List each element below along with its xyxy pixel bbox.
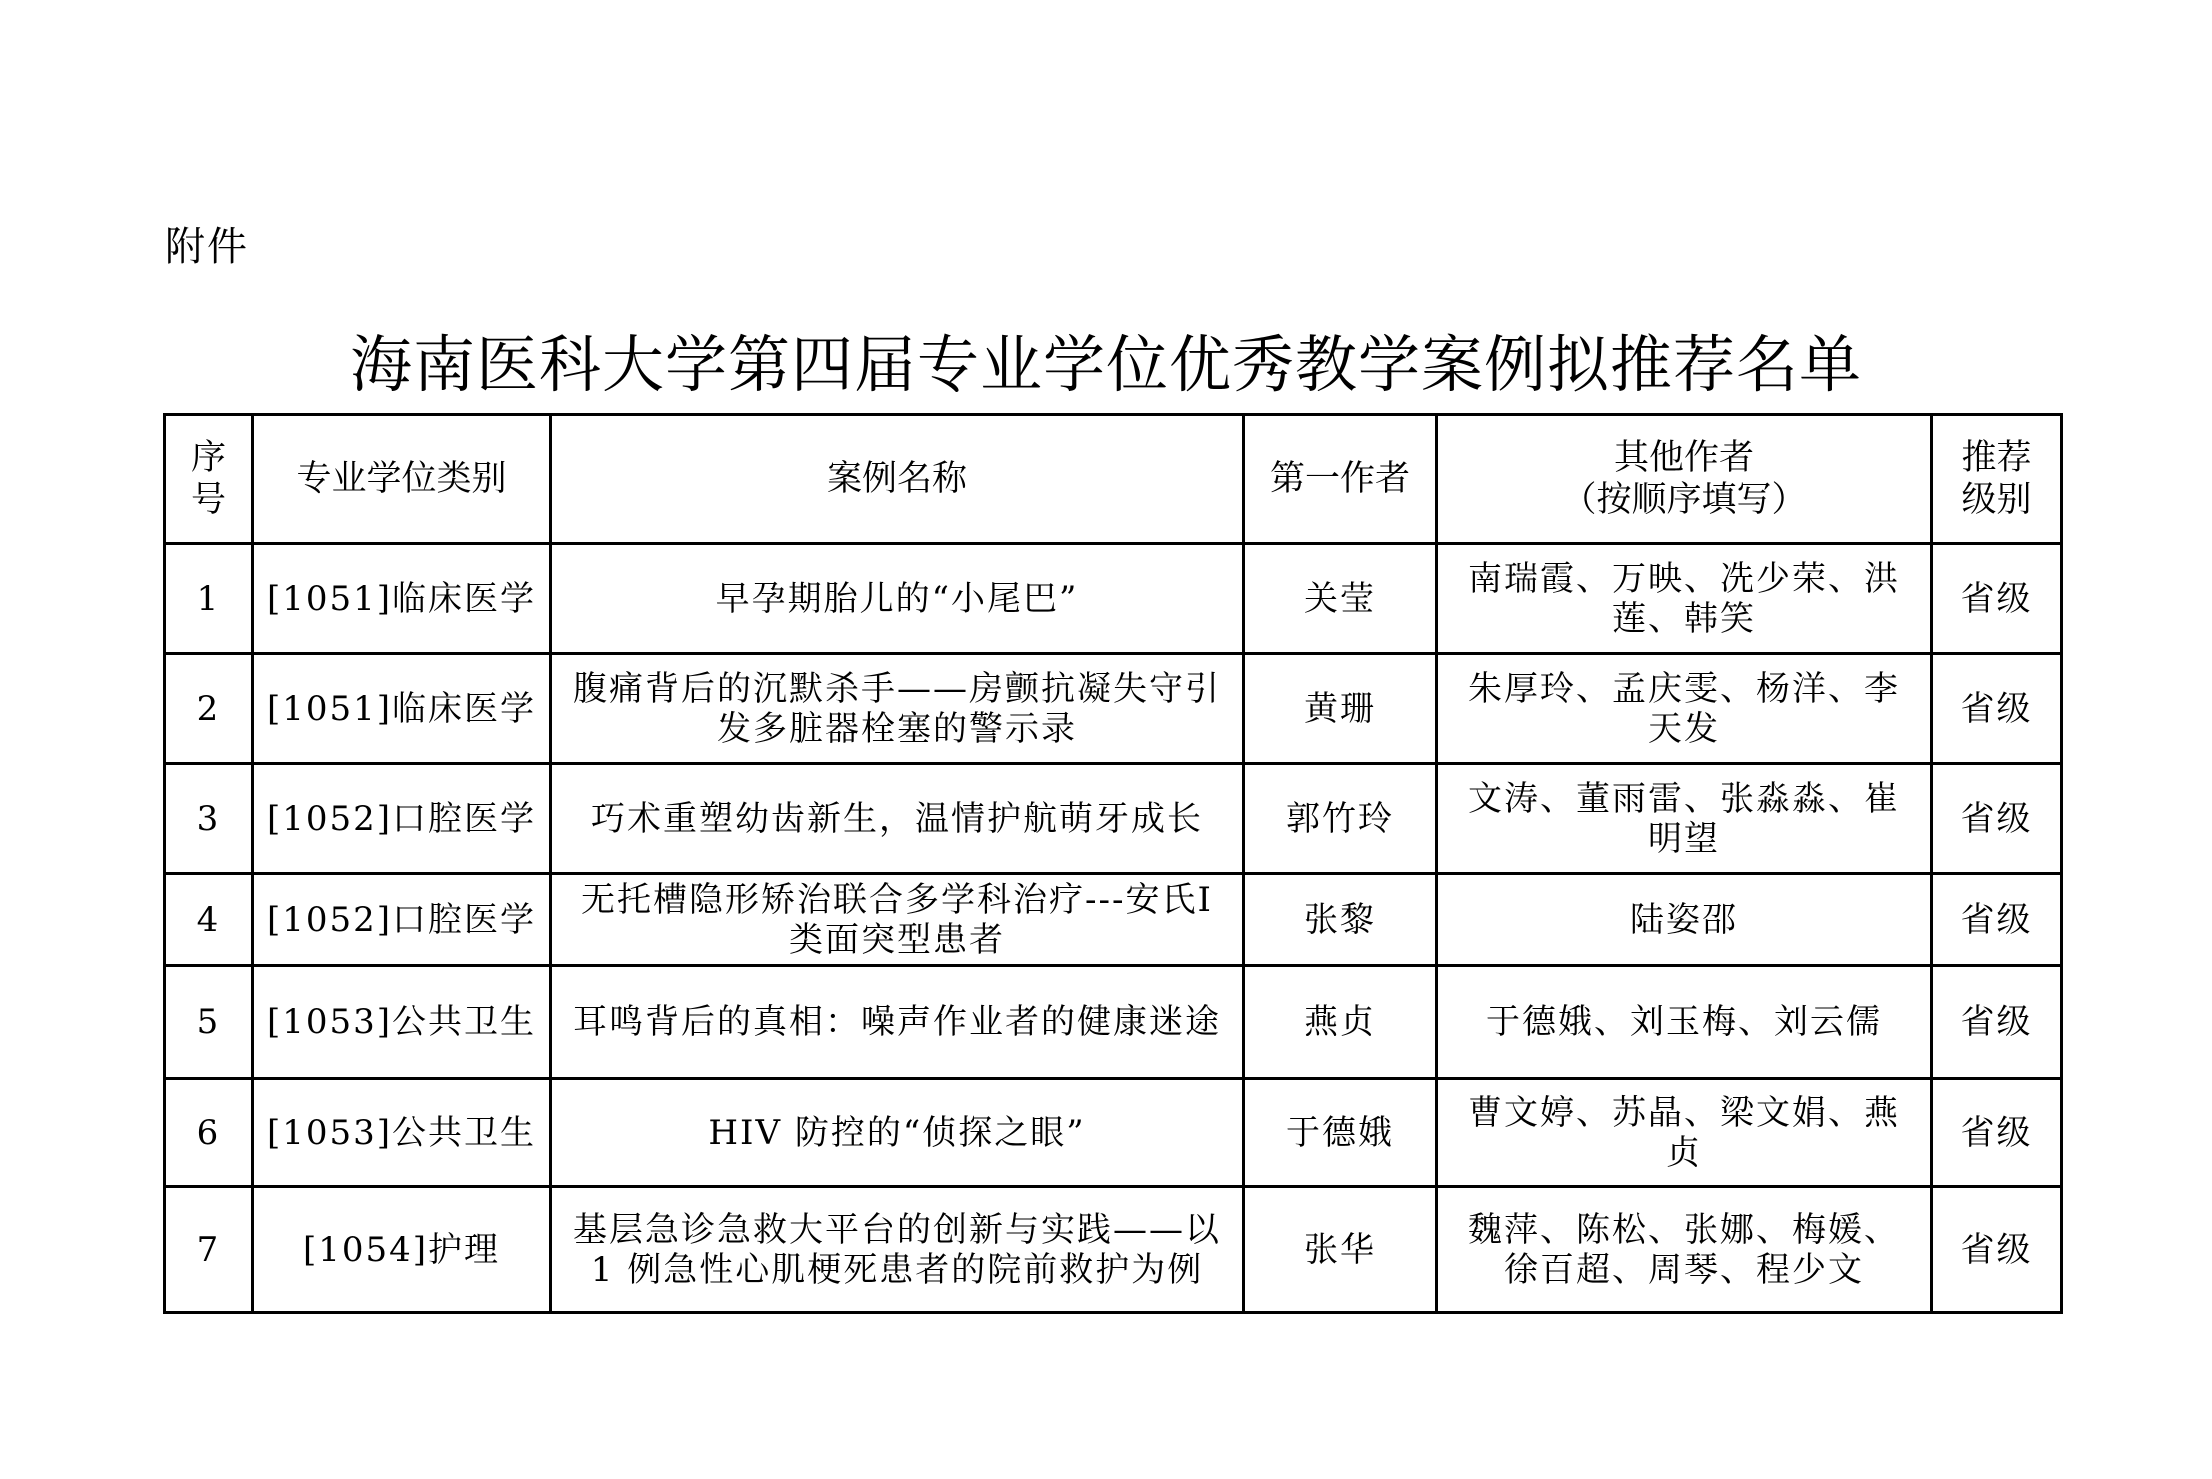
cell-other-authors: 陆姿邵 bbox=[1437, 874, 1932, 966]
cell-first-author: 关莹 bbox=[1244, 544, 1437, 654]
table-header-row: 序号 专业学位类别 案例名称 第一作者 其他作者 （按顺序填写） 推荐级别 bbox=[165, 415, 2062, 544]
cell-other-authors: 南瑞霞、万映、冼少荣、洪莲、韩笑 bbox=[1437, 544, 1932, 654]
cell-case-name: 巧术重塑幼齿新生，温情护航萌牙成长 bbox=[551, 764, 1244, 874]
cell-first-author: 张华 bbox=[1244, 1187, 1437, 1313]
cell-case-name: 基层急诊急救大平台的创新与实践——以 1 例急性心肌梗死患者的院前救护为例 bbox=[551, 1187, 1244, 1313]
table-row: 7 [1054]护理 基层急诊急救大平台的创新与实践——以 1 例急性心肌梗死患… bbox=[165, 1187, 2062, 1313]
page-title: 海南医科大学第四届专业学位优秀教学案例拟推荐名单 bbox=[0, 315, 2212, 404]
cell-category: [1052]口腔医学 bbox=[253, 874, 551, 966]
header-category: 专业学位类别 bbox=[253, 415, 551, 544]
table-row: 6 [1053]公共卫生 HIV 防控的“侦探之眼” 于德娥 曹文婷、苏晶、梁文… bbox=[165, 1079, 2062, 1187]
table-row: 5 [1053]公共卫生 耳鸣背后的真相：噪声作业者的健康迷途 燕贞 于德娥、刘… bbox=[165, 966, 2062, 1079]
cell-first-author: 燕贞 bbox=[1244, 966, 1437, 1079]
cell-first-author: 于德娥 bbox=[1244, 1079, 1437, 1187]
cell-case-name: 无托槽隐形矫治联合多学科治疗---安氏Ⅰ类面突型患者 bbox=[551, 874, 1244, 966]
cell-index: 6 bbox=[165, 1079, 253, 1187]
cell-level: 省级 bbox=[1932, 966, 2062, 1079]
cell-level: 省级 bbox=[1932, 874, 2062, 966]
cell-category: [1053]公共卫生 bbox=[253, 1079, 551, 1187]
cell-level: 省级 bbox=[1932, 654, 2062, 764]
cell-category: [1053]公共卫生 bbox=[253, 966, 551, 1079]
cell-other-authors: 朱厚玲、孟庆雯、杨洋、李天发 bbox=[1437, 654, 1932, 764]
cell-level: 省级 bbox=[1932, 1079, 2062, 1187]
header-index: 序号 bbox=[165, 415, 253, 544]
table-row: 3 [1052]口腔医学 巧术重塑幼齿新生，温情护航萌牙成长 郭竹玲 文涛、董雨… bbox=[165, 764, 2062, 874]
cell-index: 2 bbox=[165, 654, 253, 764]
header-level: 推荐级别 bbox=[1932, 415, 2062, 544]
cell-case-name: 早孕期胎儿的“小尾巴” bbox=[551, 544, 1244, 654]
header-case-name: 案例名称 bbox=[551, 415, 1244, 544]
cell-other-authors: 魏萍、陈松、张娜、梅媛、徐百超、周琴、程少文 bbox=[1437, 1187, 1932, 1313]
table-row: 1 [1051]临床医学 早孕期胎儿的“小尾巴” 关莹 南瑞霞、万映、冼少荣、洪… bbox=[165, 544, 2062, 654]
cell-category: [1051]临床医学 bbox=[253, 654, 551, 764]
header-first-author: 第一作者 bbox=[1244, 415, 1437, 544]
table-row: 2 [1051]临床医学 腹痛背后的沉默杀手——房颤抗凝失守引发多脏器栓塞的警示… bbox=[165, 654, 2062, 764]
cell-case-name: 腹痛背后的沉默杀手——房颤抗凝失守引发多脏器栓塞的警示录 bbox=[551, 654, 1244, 764]
cell-level: 省级 bbox=[1932, 544, 2062, 654]
cell-other-authors: 文涛、董雨雷、张淼淼、崔明望 bbox=[1437, 764, 1932, 874]
cell-category: [1051]临床医学 bbox=[253, 544, 551, 654]
cell-index: 4 bbox=[165, 874, 253, 966]
header-other-authors-line1: 其他作者 bbox=[1454, 437, 1914, 479]
cell-first-author: 张黎 bbox=[1244, 874, 1437, 966]
cell-index: 5 bbox=[165, 966, 253, 1079]
cell-other-authors: 曹文婷、苏晶、梁文娟、燕贞 bbox=[1437, 1079, 1932, 1187]
cell-other-authors: 于德娥、刘玉梅、刘云儒 bbox=[1437, 966, 1932, 1079]
cell-level: 省级 bbox=[1932, 764, 2062, 874]
cell-case-name: HIV 防控的“侦探之眼” bbox=[551, 1079, 1244, 1187]
cell-index: 3 bbox=[165, 764, 253, 874]
attachment-label: 附件 bbox=[165, 215, 249, 272]
cell-category: [1054]护理 bbox=[253, 1187, 551, 1313]
table-row: 4 [1052]口腔医学 无托槽隐形矫治联合多学科治疗---安氏Ⅰ类面突型患者 … bbox=[165, 874, 2062, 966]
cell-level: 省级 bbox=[1932, 1187, 2062, 1313]
cell-category: [1052]口腔医学 bbox=[253, 764, 551, 874]
header-other-authors-line2: （按顺序填写） bbox=[1454, 479, 1914, 521]
recommendation-table: 序号 专业学位类别 案例名称 第一作者 其他作者 （按顺序填写） 推荐级别 1 … bbox=[163, 413, 2063, 1314]
cell-index: 1 bbox=[165, 544, 253, 654]
cell-index: 7 bbox=[165, 1187, 253, 1313]
cell-first-author: 黄珊 bbox=[1244, 654, 1437, 764]
header-other-authors: 其他作者 （按顺序填写） bbox=[1437, 415, 1932, 544]
cell-case-name: 耳鸣背后的真相：噪声作业者的健康迷途 bbox=[551, 966, 1244, 1079]
cell-first-author: 郭竹玲 bbox=[1244, 764, 1437, 874]
